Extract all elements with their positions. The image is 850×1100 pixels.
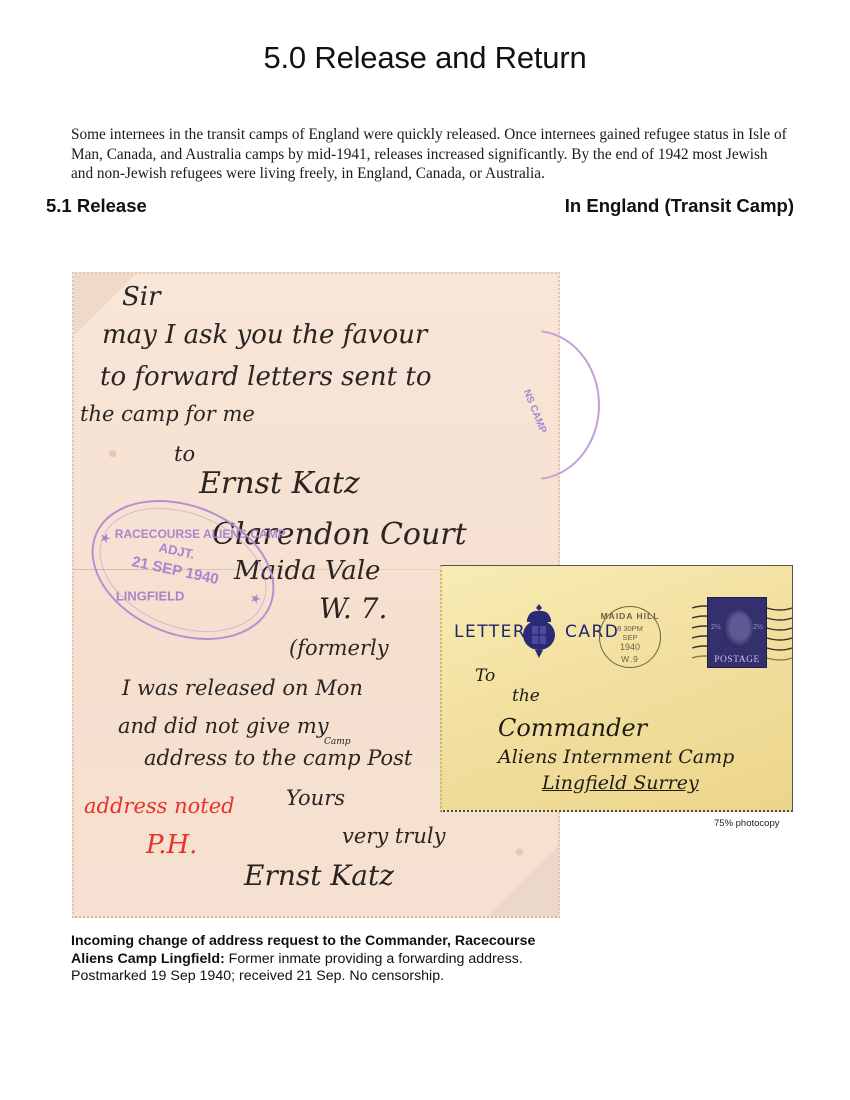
red-annotation: address noted [84,794,235,818]
intro-paragraph: Some internees in the transit camps of E… [71,125,791,184]
royal-crest-icon [521,602,557,660]
stamp-bottom-arc: LINGFIELD [116,589,185,604]
address-line: the [512,686,540,706]
address-line: Commander [498,714,647,742]
postage-stamp: 2½ 2½ POSTAGE [707,597,767,668]
exhibit-caption: Incoming change of address request to th… [71,933,571,986]
letter-line: Yours [286,786,345,810]
section-heading-location: In England (Transit Camp) [565,195,794,217]
postmark-time: 8 30PM [600,624,660,633]
photocopy-note: 75% photocopy [714,818,780,829]
stamp-value: 2½ [711,624,721,631]
letter-line: very truly [342,824,445,848]
postmark-district: W.9 [600,654,660,664]
corner-fold [488,846,558,916]
stamp-postage-word: POSTAGE [708,655,766,665]
letter-line: and did not give my [118,714,329,738]
letter-line: (formerly [289,636,389,660]
letter-line: address to the camp Post [144,746,412,770]
maida-hill-postmark: MAIDA HILL 8 30PM SEP 1940 W.9 [599,606,661,668]
postmark-month: SEP [600,633,660,642]
postmark-year: 1940 [600,642,660,652]
letter-card-front: LETTER CARD MAIDA HILL 8 30PM SEP 1940 W… [440,565,793,812]
letter-line: I was released on Mon [122,676,363,700]
stamp-top-arc: RACECOURSE ALIENS CAMP [115,527,286,541]
letter-line: W. 7. [319,592,387,625]
page-title: 5.0 Release and Return [0,40,850,76]
red-initials: P.H. [146,830,197,860]
letter-line: Sir [122,282,161,312]
address-line: Aliens Internment Camp [498,746,734,768]
postmark-town: MAIDA HILL [600,611,660,621]
stamp-value: 2½ [753,624,763,631]
king-portrait-icon [723,610,753,648]
address-line: Lingfield Surrey [542,772,699,794]
caption-postmark-info: Postmarked 19 Sep 1940; received 21 Sep.… [71,968,444,984]
letter-line: Ernst Katz [199,466,360,501]
letter-line: to forward letters sent to [100,362,431,392]
caption-description: Former inmate providing a forwarding add… [225,951,523,967]
letter-signature: Ernst Katz [244,859,394,892]
letter-line: the camp for me [80,402,255,426]
letter-line: may I ask you the favour [102,320,427,350]
address-line: To [475,666,495,686]
card-label-letter: LETTER [454,622,526,642]
section-heading-release: 5.1 Release [46,195,147,217]
letter-line: to [174,442,195,466]
